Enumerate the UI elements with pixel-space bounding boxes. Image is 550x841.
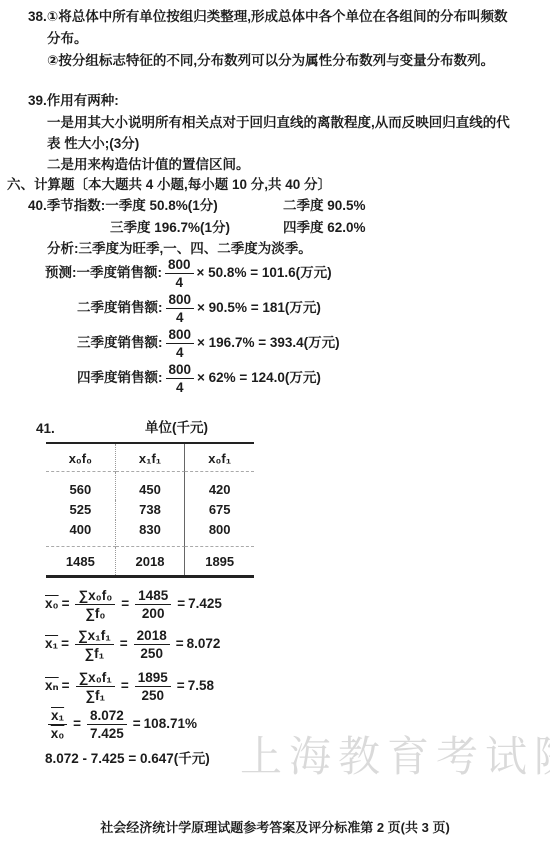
- q41-table: x₀f₀ x₁f₁ x₀f₁ 560 450 420 525 738 675 4…: [46, 442, 254, 578]
- table-row: 560 450 420: [46, 472, 254, 500]
- formula-result: 108.71%: [144, 716, 197, 731]
- q40-prediction-q4: 四季度销售额:8004× 62% = 124.0(万元): [77, 362, 321, 395]
- formula-xn-mean: xₙ=∑x₀f₁∑f₁=1895250=7.58: [45, 670, 214, 703]
- page-footer: 社会经济统计学原理试题参考答案及评分标准第 2 页(共 3 页): [0, 817, 550, 836]
- q40-prediction-q3: 三季度销售额:8004× 196.7% = 393.4(万元): [77, 327, 340, 360]
- section6-heading: 六、计算题〔本大题共 4 小题,每小题 10 分,共 40 分〕: [7, 176, 331, 193]
- fraction: ∑x₀f₁∑f₁: [76, 670, 115, 703]
- q39-line3: 表 性大小;(3分): [47, 135, 139, 152]
- equals-sign: =: [177, 678, 185, 693]
- document-page: 38.①将总体中所有单位按组归类整理,形成总体中各个单位在各组间的分布叫频数 分…: [0, 0, 550, 841]
- fraction: 1895250: [135, 670, 171, 703]
- table-header-cell: x₀f₁: [185, 444, 254, 472]
- q39-line1: 39.作用有两种:: [28, 92, 119, 109]
- q40-analysis: 分析:三季度为旺季,一、四、二季度为淡季。: [47, 240, 312, 257]
- equals-sign: =: [121, 596, 129, 611]
- q40-prediction-q2: 二季度销售额:8004× 90.5% = 181(万元): [77, 292, 321, 325]
- equals-sign: =: [120, 636, 128, 651]
- equals-sign: =: [62, 678, 70, 693]
- q39-line4: 二是用来构造估计值的置信区间。: [47, 156, 250, 173]
- table-cell: 525: [46, 500, 116, 520]
- table-cell: 400: [46, 520, 116, 548]
- q38-line1: 38.①将总体中所有单位按组归类整理,形成总体中各个单位在各组间的分布叫频数: [28, 8, 507, 25]
- q40-seasonal-q2: 二季度 90.5%: [283, 197, 366, 214]
- table-cell: 560: [46, 472, 116, 500]
- formula-x0-mean: x₀=∑x₀f₀∑f₀=1485200=7.425: [45, 588, 222, 621]
- table-cell: 800: [185, 520, 254, 548]
- table-header-row: x₀f₀ x₁f₁ x₀f₁: [46, 444, 254, 472]
- formula-x1-mean: x₁=∑x₁f₁∑f₁=2018250=8.072: [45, 628, 220, 661]
- table-total-cell: 2018: [116, 547, 186, 575]
- equals-sign: =: [133, 716, 141, 731]
- equals-sign: =: [61, 636, 69, 651]
- table-cell: 830: [116, 520, 186, 548]
- q38-line2: 分布。: [47, 30, 88, 47]
- fraction: ∑x₀f₀∑f₀: [75, 588, 115, 621]
- pred-label: 三季度销售额:: [77, 335, 163, 350]
- fraction: 2018250: [134, 628, 170, 661]
- pred-expression: × 50.8% = 101.6(万元): [197, 265, 332, 280]
- q40-prediction-q1: 预测:一季度销售额:8004× 50.8% = 101.6(万元): [45, 257, 332, 290]
- q38-line3: ②按分组标志特征的不同,分布数列可以分为属性分布数列与变量分布数列。: [47, 52, 494, 69]
- pred-label: 四季度销售额:: [77, 370, 163, 385]
- fraction: 8004: [165, 257, 194, 290]
- q41-number: 41.: [36, 420, 55, 437]
- equals-sign: =: [176, 636, 184, 651]
- watermark: 上海教育考试院: [240, 724, 550, 784]
- fraction: 8004: [166, 292, 195, 325]
- pred-label: 二季度销售额:: [77, 300, 163, 315]
- fraction: 8004: [166, 362, 195, 395]
- q40-seasonal-q3: 三季度 196.7%(1分): [110, 219, 230, 236]
- equals-sign: =: [62, 596, 70, 611]
- table-header-cell: x₀f₀: [46, 444, 116, 472]
- table-row: 525 738 675: [46, 500, 254, 520]
- table-cell: 675: [185, 500, 254, 520]
- table-total-cell: 1895: [185, 547, 254, 575]
- equals-sign: =: [177, 596, 185, 611]
- q40-seasonal-q4: 四季度 62.0%: [283, 219, 366, 236]
- pred-expression: × 62% = 124.0(万元): [197, 370, 321, 385]
- mean-symbol: xₙ: [45, 678, 59, 693]
- formula-result: 7.425: [188, 596, 222, 611]
- equals-sign: =: [121, 678, 129, 693]
- mean-symbol: x₀: [45, 596, 59, 611]
- fraction: 8.0727.425: [87, 708, 127, 741]
- table-cell: 420: [185, 472, 254, 500]
- pred-label: 预测:一季度销售额:: [45, 265, 162, 280]
- formula-ratio: x₁x₀=8.0727.425=108.71%: [45, 708, 197, 741]
- table-total-row: 1485 2018 1895: [46, 547, 254, 575]
- fraction: 1485200: [135, 588, 171, 621]
- table-header-cell: x₁f₁: [116, 444, 186, 472]
- fraction: ∑x₁f₁∑f₁: [75, 628, 114, 661]
- q41-unit-label: 单位(千元): [145, 419, 208, 436]
- q40-seasonal-q1: 40.季节指数:一季度 50.8%(1分): [28, 197, 218, 214]
- table-cell: 738: [116, 500, 186, 520]
- fraction: 8004: [166, 327, 195, 360]
- table-total-cell: 1485: [46, 547, 116, 575]
- table-cell: 450: [116, 472, 186, 500]
- formula-result: 7.58: [188, 678, 214, 693]
- formula-difference: 8.072 - 7.425 = 0.647(千元): [45, 750, 210, 767]
- q39-line2: 一是用其大小说明所有相关点对于回归直线的离散程度,从而反映回归直线的代: [47, 114, 510, 131]
- pred-expression: × 196.7% = 393.4(万元): [197, 335, 340, 350]
- formula-result: 8.072: [187, 636, 221, 651]
- pred-expression: × 90.5% = 181(万元): [197, 300, 321, 315]
- equals-sign: =: [73, 716, 81, 731]
- table-row: 400 830 800: [46, 520, 254, 548]
- fraction: x₁x₀: [48, 708, 67, 741]
- mean-symbol: x₁: [45, 636, 58, 651]
